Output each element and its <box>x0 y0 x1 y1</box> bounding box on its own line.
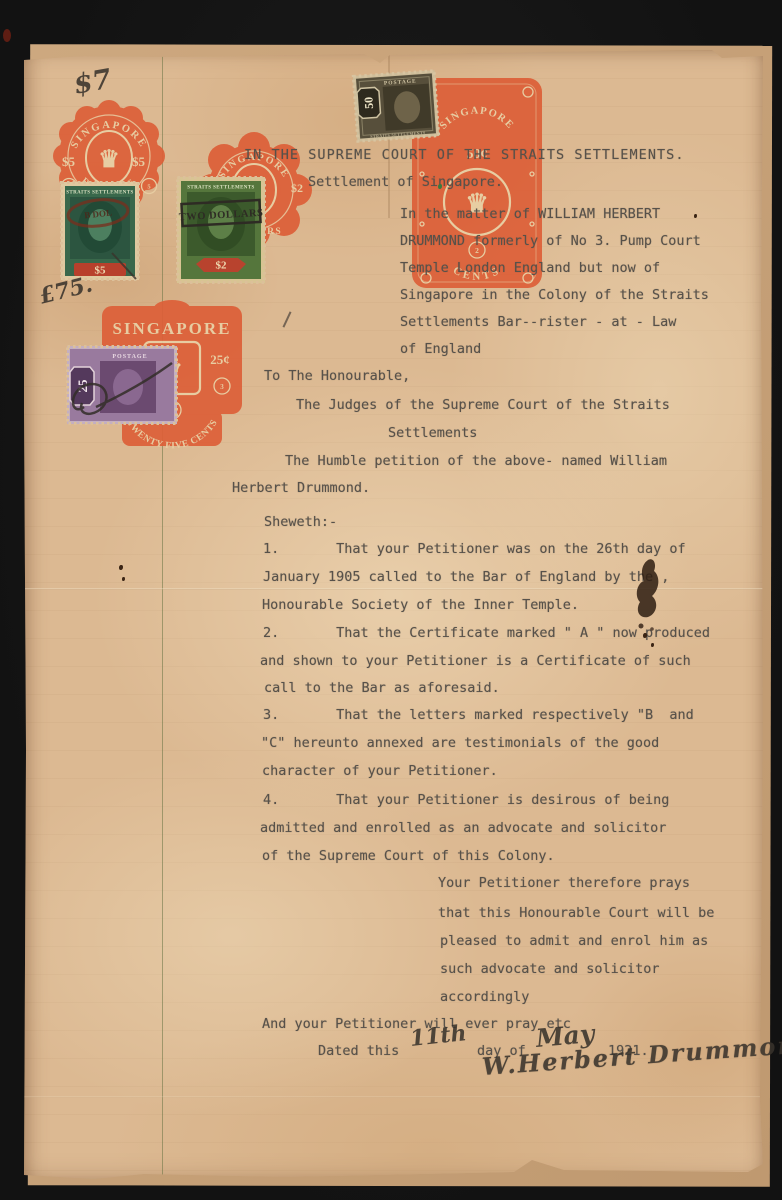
document-photo: SINGAPORE $5 $5 12 5 ♛ DOLLARS SINGAPORE… <box>0 0 782 1200</box>
paper-specks-layer <box>0 0 782 1200</box>
paper-speck <box>694 214 697 218</box>
paper-speck <box>438 184 442 189</box>
paper-speck <box>122 577 125 581</box>
paper-speck <box>651 643 654 647</box>
paper-speck <box>119 565 123 570</box>
paper-speck <box>643 633 647 638</box>
